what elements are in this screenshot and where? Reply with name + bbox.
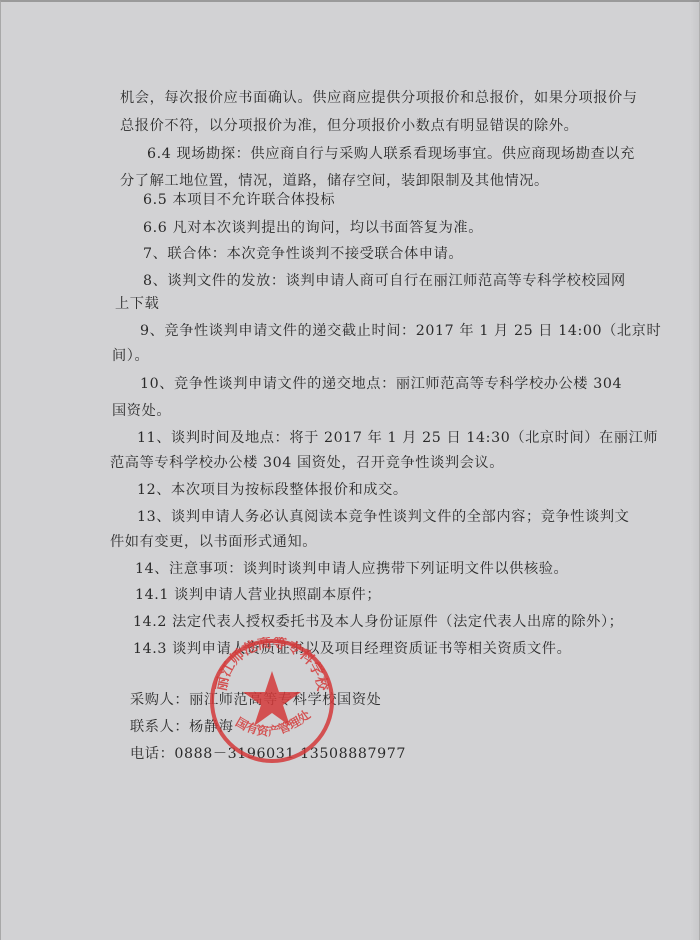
text-line: 14.2 法定代表人授权委托书及本人身份证原件（法定代表人出席的除外）； [133,613,623,631]
text-line: 国资处。 [112,402,171,420]
text-line: 11、谈判时间及地点：将于 2017 年 1 月 25 日 14:30（北京时间… [137,429,658,447]
text-line: 范高等专科学校办公楼 304 国资处，召开竞争性谈判会议。 [110,454,504,472]
text-line: 机会，每次报价应书面确认。供应商应提供分项报价和总报价，如果分项报价与 [120,89,638,107]
text-line: 10、竞争性谈判申请文件的递交地点：丽江师范高等专科学校办公楼 304 [140,375,622,393]
text-line: 分了解工地位置，情况，道路，储存空间，装卸限制及其他情况。 [120,172,549,190]
text-line: 件如有变更，以书面形式通知。 [110,533,317,551]
text-line: 上下载 [115,295,159,313]
contact-line: 联系人：杨静海 [130,718,234,736]
text-line: 9、竞争性谈判申请文件的递交截止时间：2017 年 1 月 25 日 14:00… [140,322,661,340]
text-line: 14.3 谈判申请人资质证书以及项目经理资质证书等相关资质文件。 [133,640,571,658]
text-line: 13、谈判申请人务必认真阅读本竞争性谈判文件的全部内容；竞争性谈判文 [137,508,629,526]
scan-shadow [690,0,700,940]
text-line: 12、本次项目为按标段整体报价和成交。 [137,481,408,499]
text-line: 14.1 谈判申请人营业执照副本原件； [135,586,381,604]
svg-text:国有资产管理处: 国有资产管理处 [233,707,313,739]
phone-line: 电话：0888－3196031 13508887977 [130,745,406,763]
text-line: 6.5 本项目不允许联合体投标 [143,191,335,209]
text-line: 8、谈判文件的发放：谈判申请人商可自行在丽江师范高等专科学校校园网 [143,272,626,290]
text-line: 14、注意事项：谈判时谈判申请人应携带下列证明文件以供核验。 [135,560,568,578]
text-line: 间）。 [112,347,149,365]
purchaser-line: 采购人：丽江师范高等专科学校国资处 [130,691,381,709]
text-line: 7、联合体：本次竞争性谈判不接受联合体申请。 [143,245,463,263]
text-line: 总报价不符，以分项报价为准，但分项报价小数点有明显错误的除外。 [120,117,578,135]
text-line: 6.4 现场勘探：供应商自行与采购人联系看现场事宜。供应商现场勘查以充 [147,145,635,163]
text-line: 6.6 凡对本次谈判提出的询问，均以书面答复为准。 [143,219,483,237]
